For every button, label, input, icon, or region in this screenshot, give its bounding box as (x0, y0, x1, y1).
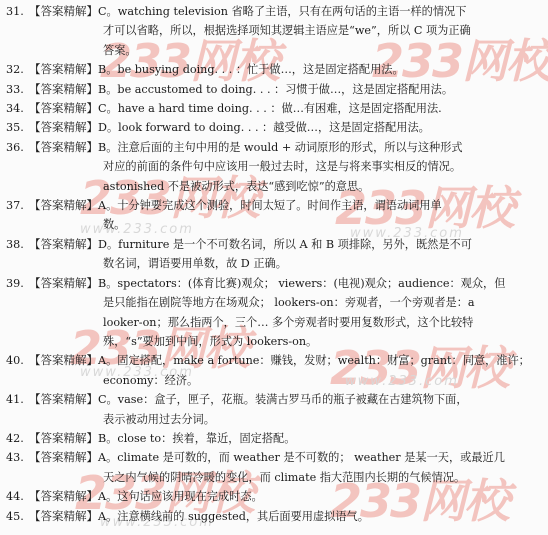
explanation-line: 是只能指在剧院等地方在场观众； lookers-on：旁观者，一个旁观者是：a (29, 293, 546, 312)
explanation-line: 数。 (29, 215, 546, 234)
answer-letter: C。 (98, 102, 118, 115)
explanation-line: close to：挨着，靠近，固定搭配。 (117, 432, 295, 445)
question-number: 44. (6, 487, 29, 506)
question-number: 34. (6, 99, 29, 118)
question-number: 32. (6, 60, 29, 79)
question-number: 42. (6, 429, 29, 448)
question-number: 37. (6, 196, 29, 235)
answer-tag: 【答案精解】 (29, 489, 98, 503)
answer-letter: A。 (98, 199, 117, 212)
answer-letter: D。 (98, 238, 118, 251)
answer-tag: 【答案精解】 (29, 237, 98, 251)
explanation-line: climate 是可数的，而 weather 是不可数的； weather 是某… (117, 451, 505, 464)
explanation-line: 表示被动用过去分词。 (29, 410, 546, 429)
explanation-line: 天之内气候的阴晴冷暖的变化，而 climate 指大范围内长期的气候情况。 (29, 468, 546, 487)
answer-item-31: 31. 【答案精解】C。watching television 省略了主语，只有… (6, 2, 546, 60)
answer-tag: 【答案精解】 (29, 140, 98, 154)
answer-tag: 【答案精解】 (29, 82, 98, 96)
question-number: 40. (6, 351, 29, 390)
explanation-line: 殊，“s”要加到中间，形式为 lookers-on。 (29, 332, 546, 351)
answer-item-35: 35. 【答案精解】D。look forward to doing. . . ：… (6, 118, 546, 137)
answer-list: 31. 【答案精解】C。watching television 省略了主语，只有… (6, 2, 546, 526)
explanation-line: astonished 不是被动形式，表达“感到吃惊”的意思。 (29, 177, 546, 196)
answer-tag: 【答案精解】 (29, 276, 98, 290)
answer-letter: D。 (98, 121, 118, 134)
answer-letter: A。 (98, 354, 117, 367)
explanation-line: 对应的前面的条件句中应该用一般过去时，这是与将来事实相反的情况。 (29, 157, 546, 176)
answer-letter: A。 (98, 510, 117, 523)
explanation-line: 答案。 (29, 41, 546, 60)
question-number: 43. (6, 448, 29, 487)
explanation-line: have a hard time doing. . . ：做…有困难，这是固定搭… (118, 102, 442, 115)
explanation-line: spectators：(体育比赛)观众； viewers：(电视)观众；audi… (117, 277, 505, 290)
answer-tag: 【答案精解】 (29, 4, 98, 18)
answer-tag: 【答案精解】 (29, 198, 98, 212)
explanation-line: be busying doing. . . ：忙于做…，这是固定搭配用法。 (117, 63, 403, 76)
explanation-line: 数名词，谓语要用单数，故 D 正确。 (29, 254, 546, 273)
answer-tag: 【答案精解】 (29, 62, 98, 76)
answer-letter: B。 (98, 83, 117, 96)
answer-letter: A。 (98, 451, 117, 464)
question-number: 45. (6, 507, 29, 526)
answer-item-43: 43. 【答案精解】A。climate 是可数的，而 weather 是不可数的… (6, 448, 546, 487)
answer-item-38: 38. 【答案精解】D。furniture 是一个不可数名词，所以 A 和 B … (6, 235, 546, 274)
explanation-line: 这句话应该用现在完成时态。 (117, 490, 262, 503)
answer-letter: B。 (98, 277, 117, 290)
explanation-line: economy：经济。 (29, 371, 546, 390)
explanation-line: 十分钟要完成这个测验，时间太短了。时间作主语，谓语动词用单 (117, 199, 441, 212)
answer-tag: 【答案精解】 (29, 509, 98, 523)
answer-letter: C。 (98, 393, 118, 406)
answer-tag: 【答案精解】 (29, 450, 98, 464)
question-number: 41. (6, 390, 29, 429)
answer-item-32: 32. 【答案精解】B。be busying doing. . . ：忙于做…，… (6, 60, 546, 79)
answer-tag: 【答案精解】 (29, 392, 98, 406)
answer-item-41: 41. 【答案精解】C。vase：盒子，匣子，花瓶。装满古罗马币的瓶子被藏在古建… (6, 390, 546, 429)
answer-letter: B。 (98, 432, 117, 445)
question-number: 36. (6, 138, 29, 196)
answer-item-42: 42. 【答案精解】B。close to：挨着，靠近，固定搭配。 (6, 429, 546, 448)
question-number: 38. (6, 235, 29, 274)
answer-item-44: 44. 【答案精解】A。这句话应该用现在完成时态。 (6, 487, 546, 506)
question-number: 33. (6, 80, 29, 99)
explanation-line: 固定搭配，make a fortune：赚钱，发财；wealth：财富；gran… (117, 354, 530, 367)
answer-item-33: 33. 【答案精解】B。be accustomed to doing. . . … (6, 80, 546, 99)
question-number: 35. (6, 118, 29, 137)
answer-letter: A。 (98, 490, 117, 503)
answer-item-39: 39. 【答案精解】B。spectators：(体育比赛)观众； viewers… (6, 274, 546, 352)
answer-item-37: 37. 【答案精解】A。十分钟要完成这个测验，时间太短了。时间作主语，谓语动词用… (6, 196, 546, 235)
explanation-line: vase：盒子，匣子，花瓶。装满古罗马币的瓶子被藏在古建筑物下面， (118, 393, 468, 406)
answer-item-45: 45. 【答案精解】A。注意横线前的 suggested，其后面要用虚拟语气。 (6, 507, 546, 526)
answer-tag: 【答案精解】 (29, 120, 98, 134)
explanation-line: be accustomed to doing. . . ：习惯于做…，这是固定搭… (117, 83, 453, 96)
explanation-line: 注意后面的主句中用的是 would + 动词原形的形式，所以与这种形式 (117, 141, 462, 154)
answer-item-40: 40. 【答案精解】A。固定搭配，make a fortune：赚钱，发财；we… (6, 351, 546, 390)
answer-tag: 【答案精解】 (29, 353, 98, 367)
explanation-line: watching television 省略了主语，只有在两句话的主语一样的情况… (118, 5, 467, 18)
question-number: 31. (6, 2, 29, 60)
answer-tag: 【答案精解】 (29, 431, 98, 445)
explanation-line: 注意横线前的 suggested，其后面要用虚拟语气。 (117, 510, 369, 523)
explanation-line: look forward to doing. . . ：越受做…，这是固定搭配用… (118, 121, 430, 134)
answer-tag: 【答案精解】 (29, 101, 98, 115)
answer-item-36: 36. 【答案精解】B。注意后面的主句中用的是 would + 动词原形的形式，… (6, 138, 546, 196)
explanation-line: furniture 是一个不可数名词，所以 A 和 B 项排除，另外，既然是不可 (118, 238, 472, 251)
explanation-line: 才可以省略，所以，根据选择项知其逻辑主语应是“we”，所以 C 项为正确 (29, 21, 546, 40)
answer-item-34: 34. 【答案精解】C。have a hard time doing. . . … (6, 99, 546, 118)
answer-letter: C。 (98, 5, 118, 18)
question-number: 39. (6, 274, 29, 352)
answer-letter: B。 (98, 63, 117, 76)
answer-letter: B。 (98, 141, 117, 154)
explanation-line: looker-on；那么指两个，三个… 多个旁观者时要用复数形式，这个比较特 (29, 313, 546, 332)
